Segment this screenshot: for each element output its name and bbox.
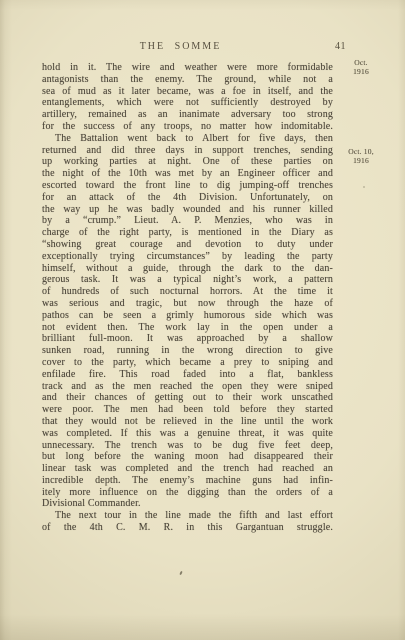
text-line: sea of mud as it later became, was a foe… [42, 86, 333, 98]
margin-note-line: Oct. [341, 58, 381, 67]
text-line: by a “crump.” Lieut. A. P. Menzies, who … [42, 215, 333, 227]
text-line: brilliant full-moon. It was approached b… [42, 333, 333, 345]
text-line: The next tour in the line made the fifth… [42, 510, 333, 522]
text-line: was serious and tragic, but now through … [42, 298, 333, 310]
text-line: charge of the right party, is mentioned … [42, 227, 333, 239]
text-line: the night of the 10th was met by an Engi… [42, 168, 333, 180]
paper-speck [179, 571, 182, 575]
margin-note-line: 1916 [341, 67, 381, 76]
text-line: antagonists than the enemy. The ground, … [42, 74, 333, 86]
text-line: track and as the men reached the open th… [42, 381, 333, 393]
text-line: hold in it. The wire and weather were mo… [42, 62, 333, 74]
text-line: returned and did three days in support t… [42, 145, 333, 157]
text-line: sunken road, running in the wrong direct… [42, 345, 333, 357]
margin-note-line: 1916 [341, 156, 381, 165]
margin-note: Oct. 10,1916 [341, 147, 381, 166]
text-line: that they would not be relieved in the l… [42, 416, 333, 428]
text-line: itely more influence on the digging than… [42, 487, 333, 499]
text-line: unnecessary. The trench was to be dug fi… [42, 440, 333, 452]
text-line: gerous task. It was a typical night’s wo… [42, 274, 333, 286]
text-line: for the success of any troops, no matter… [42, 121, 333, 133]
paragraph: The Battalion went back to Albert for fi… [42, 133, 333, 511]
text-line: of the 4th C. M. R. in this Gargantuan s… [42, 522, 333, 534]
text-line: incredible depth. The enemy’s machine gu… [42, 475, 333, 487]
text-line: Divisional Commander. [42, 498, 333, 510]
text-line: linear task was completed and the trench… [42, 463, 333, 475]
text-line: entanglements, which were not sufficient… [42, 97, 333, 109]
text-line: were poor. The men had been told before … [42, 404, 333, 416]
text-line: exceptionally trying circumstances” by l… [42, 251, 333, 263]
running-header: THE SOMME 41 [42, 41, 333, 54]
text-line: The Battalion went back to Albert for fi… [42, 133, 333, 145]
text-line: enfilade fire. This road faded into a fl… [42, 369, 333, 381]
text-line: up working parties at night. One of thes… [42, 156, 333, 168]
text-line: and their chances of getting out to thei… [42, 392, 333, 404]
margin-note: Oct.1916 [341, 58, 381, 77]
text-line: artillery, remained as an inanimate adve… [42, 109, 333, 121]
text-line: of hundreds of such nocturnal horrors. A… [42, 286, 333, 298]
book-page: THE SOMME 41 Oct.1916Oct. 10,1916 hold i… [0, 0, 405, 640]
text-line: escorted toward the front line to dig ju… [42, 180, 333, 192]
paper-speck [363, 186, 365, 188]
page-number: 41 [335, 41, 346, 52]
text-line: “showing great courage and devotion to d… [42, 239, 333, 251]
text-line: the way up he was badly wounded and his … [42, 204, 333, 216]
text-column: hold in it. The wire and weather were mo… [42, 62, 333, 534]
text-line: for an attack of the 4th Division. Unfor… [42, 192, 333, 204]
text-line: pathos can be seen a grimly humorous sid… [42, 310, 333, 322]
text-line: not evident then. The work lay in the op… [42, 322, 333, 334]
text-line: but long before the waning moon had disa… [42, 451, 333, 463]
margin-note-line: Oct. 10, [341, 147, 381, 156]
paragraph: The next tour in the line made the fifth… [42, 510, 333, 534]
text-line: was completed. If this was a genuine thr… [42, 428, 333, 440]
paragraph: hold in it. The wire and weather were mo… [42, 62, 333, 133]
running-header-title: THE SOMME [35, 41, 326, 52]
text-line: cover to the party, which became a prey … [42, 357, 333, 369]
text-line: himself, without a guide, through the da… [42, 263, 333, 275]
